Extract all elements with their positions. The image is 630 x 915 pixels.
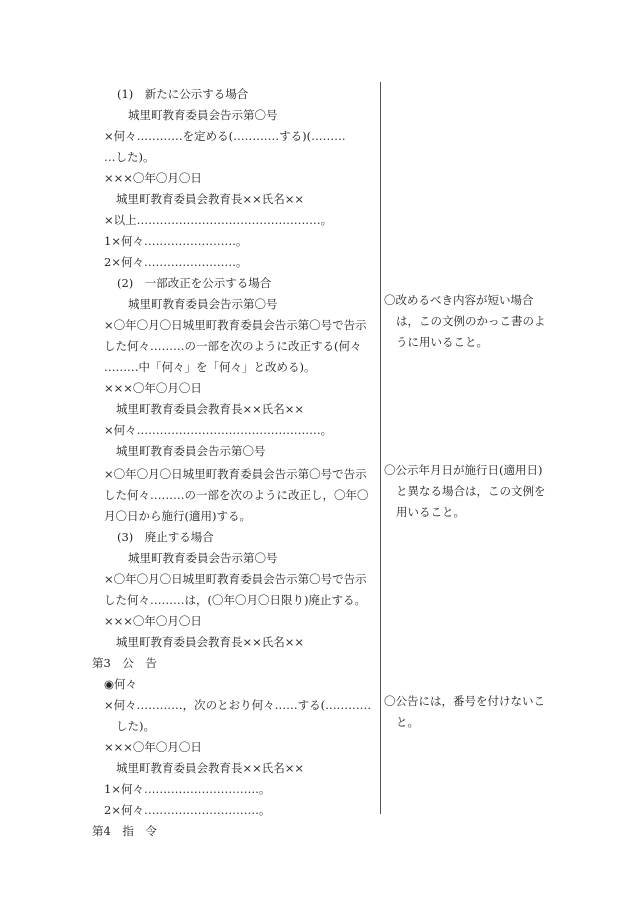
text-line: ×××〇年〇月〇日 bbox=[104, 171, 202, 185]
text-line: 城里町教育委員会教育長××氏名×× bbox=[116, 761, 304, 775]
note-block: 〇公告には，番号を付けないこと。 bbox=[384, 691, 584, 733]
note-line: は，この文例のかっこ書のよ bbox=[384, 311, 584, 332]
text-line: ×〇年〇月〇日城里町教育委員会告示第〇号で告示 bbox=[104, 572, 367, 586]
note-line: と。 bbox=[384, 712, 584, 733]
note-block: 〇改めるべき内容が短い場合は，この文例のかっこ書のように用いること。 bbox=[384, 290, 584, 353]
text-line: した何々………の一部を次のように改正する(何々 bbox=[104, 339, 361, 353]
text-line: ×〇年〇月〇日城里町教育委員会告示第〇号で告示 bbox=[104, 318, 367, 332]
note-line: 〇公示年月日が施行日(適用日) bbox=[384, 460, 584, 481]
note-block: 〇公示年月日が施行日(適用日)と異なる場合は，この文例を用いること。 bbox=[384, 460, 584, 523]
note-line: 〇改めるべき内容が短い場合 bbox=[384, 290, 584, 311]
document-page: (1) 新たに公示する場合城里町教育委員会告示第〇号×何々…………を定める(……… bbox=[0, 0, 630, 915]
text-line: …した)。 bbox=[104, 150, 155, 164]
text-line: 城里町教育委員会教育長××氏名×× bbox=[116, 402, 304, 416]
text-line: 城里町教育委員会告示第〇号 bbox=[128, 297, 278, 311]
text-line: 城里町教育委員会告示第〇号 bbox=[128, 551, 278, 565]
column-divider bbox=[380, 82, 381, 814]
text-line: 2×何々……………………。 bbox=[104, 255, 247, 269]
text-line: した何々………は，(〇年〇月〇日限り)廃止する。 bbox=[104, 593, 366, 607]
text-line: した)。 bbox=[116, 719, 155, 733]
text-line: ×××〇年〇月〇日 bbox=[104, 614, 202, 628]
note-line: 〇公告には，番号を付けないこ bbox=[384, 691, 584, 712]
text-line: 1×何々…………………………。 bbox=[104, 782, 270, 796]
text-line: (3) 廃止する場合 bbox=[117, 530, 214, 544]
text-line: ×〇年〇月〇日城里町教育委員会告示第〇号で告示 bbox=[104, 467, 367, 481]
text-line: ×何々…………………………………………。 bbox=[104, 423, 332, 437]
text-line: (1) 新たに公示する場合 bbox=[117, 87, 248, 101]
text-line: した何々………の一部を次のように改正し，〇年〇 bbox=[104, 488, 369, 502]
note-line: うに用いること。 bbox=[384, 332, 584, 353]
text-line: 月〇日から施行(適用)する。 bbox=[104, 509, 251, 523]
text-line: ×何々…………を定める(…………する)(……… bbox=[104, 129, 346, 143]
text-line: 2×何々…………………………。 bbox=[104, 803, 270, 817]
text-line: ×××〇年〇月〇日 bbox=[104, 740, 202, 754]
text-line: ×何々…………，次のとおり何々……する(………… bbox=[104, 698, 371, 712]
text-line: (2) 一部改正を公示する場合 bbox=[117, 276, 271, 290]
note-line: と異なる場合は，この文例を bbox=[384, 481, 584, 502]
text-line: ………中「何々」を「何々」と改める)。 bbox=[104, 360, 316, 374]
text-line: ×以上…………………………………………。 bbox=[104, 213, 332, 227]
text-line: 城里町教育委員会教育長××氏名×× bbox=[116, 192, 304, 206]
text-line: ◉何々 bbox=[104, 677, 137, 691]
text-line: 城里町教育委員会告示第〇号 bbox=[116, 444, 266, 458]
text-line: 城里町教育委員会教育長××氏名×× bbox=[116, 635, 304, 649]
text-line: 第3 公 告 bbox=[92, 656, 157, 670]
text-line: ×××〇年〇月〇日 bbox=[104, 381, 202, 395]
note-line: 用いること。 bbox=[384, 502, 584, 523]
text-line: 城里町教育委員会告示第〇号 bbox=[128, 108, 278, 122]
text-line: 第4 指 令 bbox=[92, 824, 157, 838]
text-line: 1×何々……………………。 bbox=[104, 234, 247, 248]
